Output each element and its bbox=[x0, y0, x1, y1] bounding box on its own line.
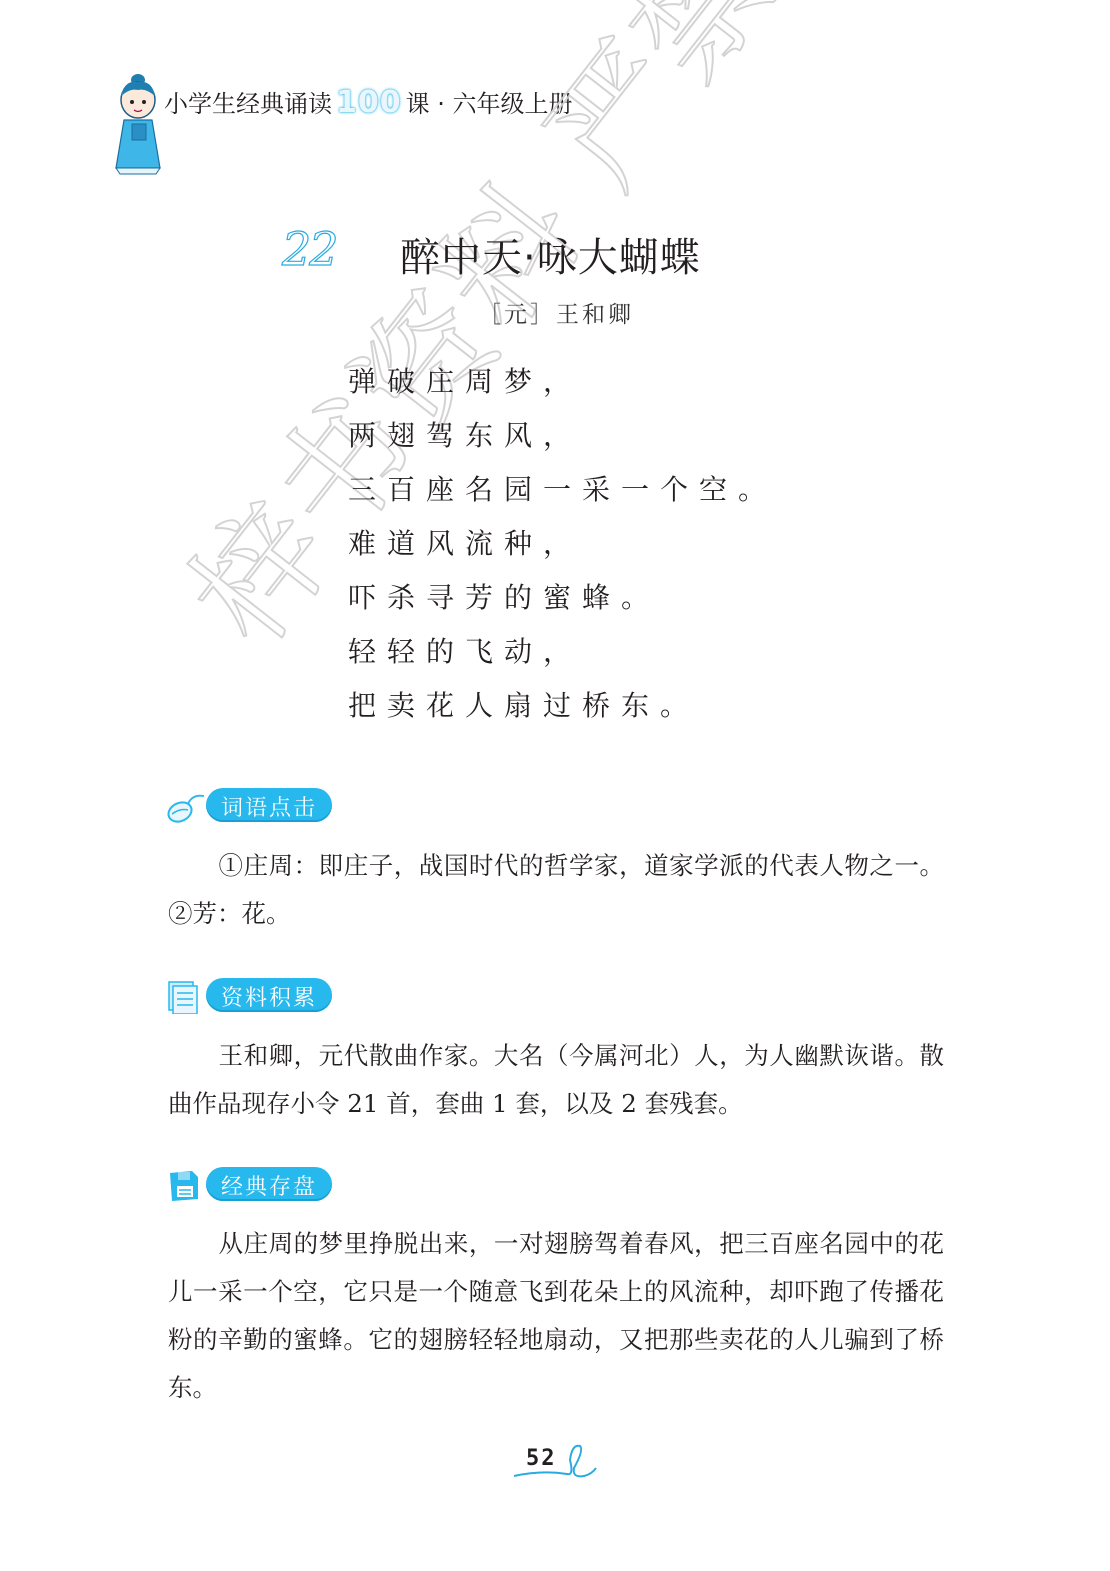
section-title: 经典存盘 bbox=[206, 1170, 332, 1201]
section-title: 词语点击 bbox=[206, 791, 332, 822]
book-title-number: 100 bbox=[336, 85, 402, 120]
document-icon bbox=[166, 980, 206, 1014]
lesson-author: ［元］王和卿 bbox=[478, 296, 634, 329]
paragraph-text: ①庄周：即庄子，战国时代的哲学家，道家学派的代表人物之一。 ②芳：花。 bbox=[168, 851, 944, 928]
poem-line: 吓杀寻芳的蜜蜂。 bbox=[348, 576, 777, 630]
floppy-disk-icon bbox=[166, 1169, 206, 1203]
page-number-text: 52 bbox=[526, 1446, 557, 1471]
poem-line: 两翅驾东风， bbox=[348, 414, 777, 468]
book-title-prefix: 小学生经典诵读 bbox=[164, 90, 332, 118]
poem-line: 弹破庄周梦， bbox=[348, 360, 777, 414]
poem-line: 难道风流种， bbox=[348, 522, 777, 576]
lesson-number: 22 bbox=[282, 222, 337, 276]
section-label-vocabulary: 词语点击 bbox=[166, 784, 336, 824]
section-pill: 经典存盘 bbox=[206, 1167, 332, 1201]
section-label-background: 资料积累 bbox=[166, 974, 336, 1014]
scholar-boy-icon bbox=[110, 72, 168, 176]
paragraph-text: 从庄周的梦里挣脱出来，一对翅膀驾着春风，把三百座名园中的花儿一采一个空，它只是一… bbox=[168, 1229, 944, 1402]
mouse-icon bbox=[166, 790, 206, 824]
section-title: 资料积累 bbox=[206, 981, 332, 1012]
section-text-background: 王和卿，元代散曲作家。大名（今属河北）人，为人幽默诙谐。散曲作品现存小令 21 … bbox=[168, 1032, 944, 1128]
section-pill: 词语点击 bbox=[206, 788, 332, 822]
paragraph-text: 王和卿，元代散曲作家。大名（今属河北）人，为人幽默诙谐。散曲作品现存小令 21 … bbox=[168, 1041, 944, 1118]
poem-line: 轻轻的飞动， bbox=[348, 630, 777, 684]
section-label-summary: 经典存盘 bbox=[166, 1163, 336, 1203]
book-title-suffix: 课 · 六年级上册 bbox=[406, 90, 573, 118]
book-title: 小学生经典诵读100课 · 六年级上册 bbox=[164, 84, 573, 120]
section-pill: 资料积累 bbox=[206, 978, 332, 1012]
poem-line: 把卖花人扇过桥东。 bbox=[348, 684, 777, 738]
poem: 弹破庄周梦， 两翅驾东风， 三百座名园一采一个空。 难道风流种， 吓杀寻芳的蜜蜂… bbox=[348, 360, 777, 738]
page-number: 52 bbox=[512, 1440, 602, 1490]
section-text-vocabulary: ①庄周：即庄子，战国时代的哲学家，道家学派的代表人物之一。 ②芳：花。 bbox=[168, 842, 944, 938]
section-text-summary: 从庄周的梦里挣脱出来，一对翅膀驾着春风，把三百座名园中的花儿一采一个空，它只是一… bbox=[168, 1220, 944, 1412]
lesson-title: 醉中天·咏大蝴蝶 bbox=[400, 226, 701, 283]
poem-line: 三百座名园一采一个空。 bbox=[348, 468, 777, 522]
